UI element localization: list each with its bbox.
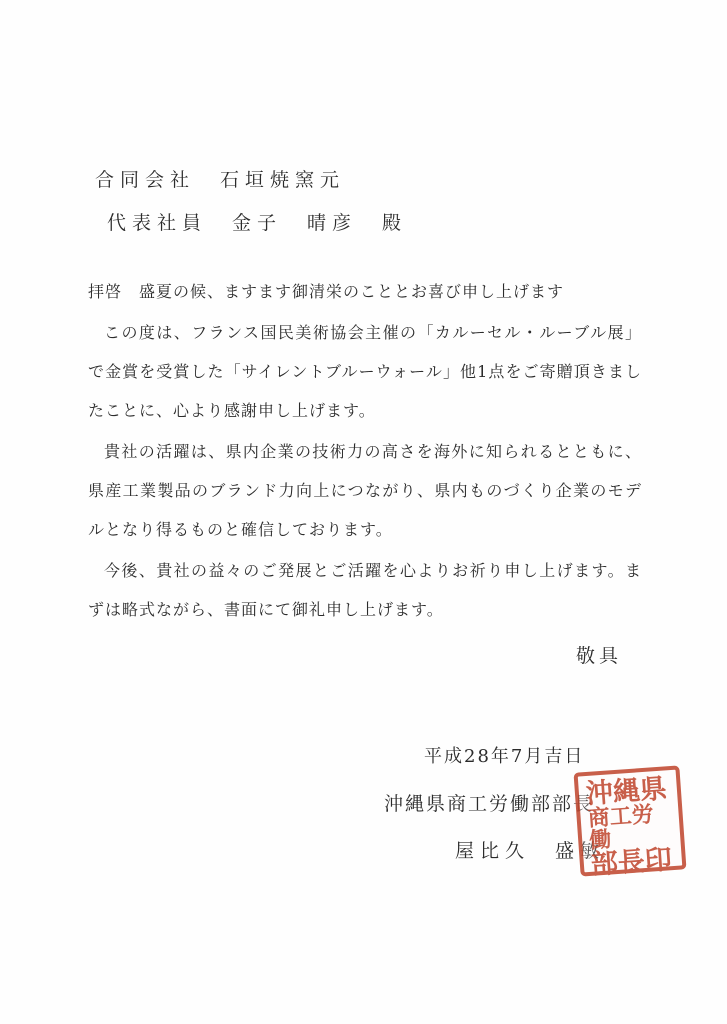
letter-body: 拝啓 盛夏の候、ますます御清栄のこととお喜び申し上げます この度は、フランス国民…	[88, 272, 642, 676]
official-seal-stamp: 沖縄県 商工労働 部長印	[574, 765, 687, 876]
paragraph-praise: 貴社の活躍は、県内企業の技術力の高さを海外に知られるとともに、県産工業製品のブラ…	[88, 432, 642, 549]
salutation-line: 拝啓 盛夏の候、ますます御清栄のこととお喜び申し上げます	[88, 272, 642, 311]
paragraph-gratitude: この度は、フランス国民美術協会主催の「カルーセル・ルーブル展」で金賞を受賞した「…	[88, 313, 642, 430]
signature-date: 平成28年7月吉日	[424, 742, 584, 768]
seal-row-chief: 部長印	[590, 846, 676, 879]
letter-page: 合同会社 石垣焼窯元 代表社員 金子 晴彦 殿 拝啓 盛夏の候、ますます御清栄の…	[0, 0, 727, 1024]
signature-title: 沖縄県商工労働部部長	[384, 789, 594, 816]
closing-word: 敬具	[88, 637, 642, 676]
recipient-person: 代表社員 金子 晴彦 殿	[107, 208, 407, 235]
recipient-company: 合同会社 石垣焼窯元	[95, 165, 345, 192]
paragraph-wishes: 今後、貴社の益々のご発展とご活躍を心よりお祈り申し上げます。まずは略式ながら、書…	[88, 551, 642, 629]
